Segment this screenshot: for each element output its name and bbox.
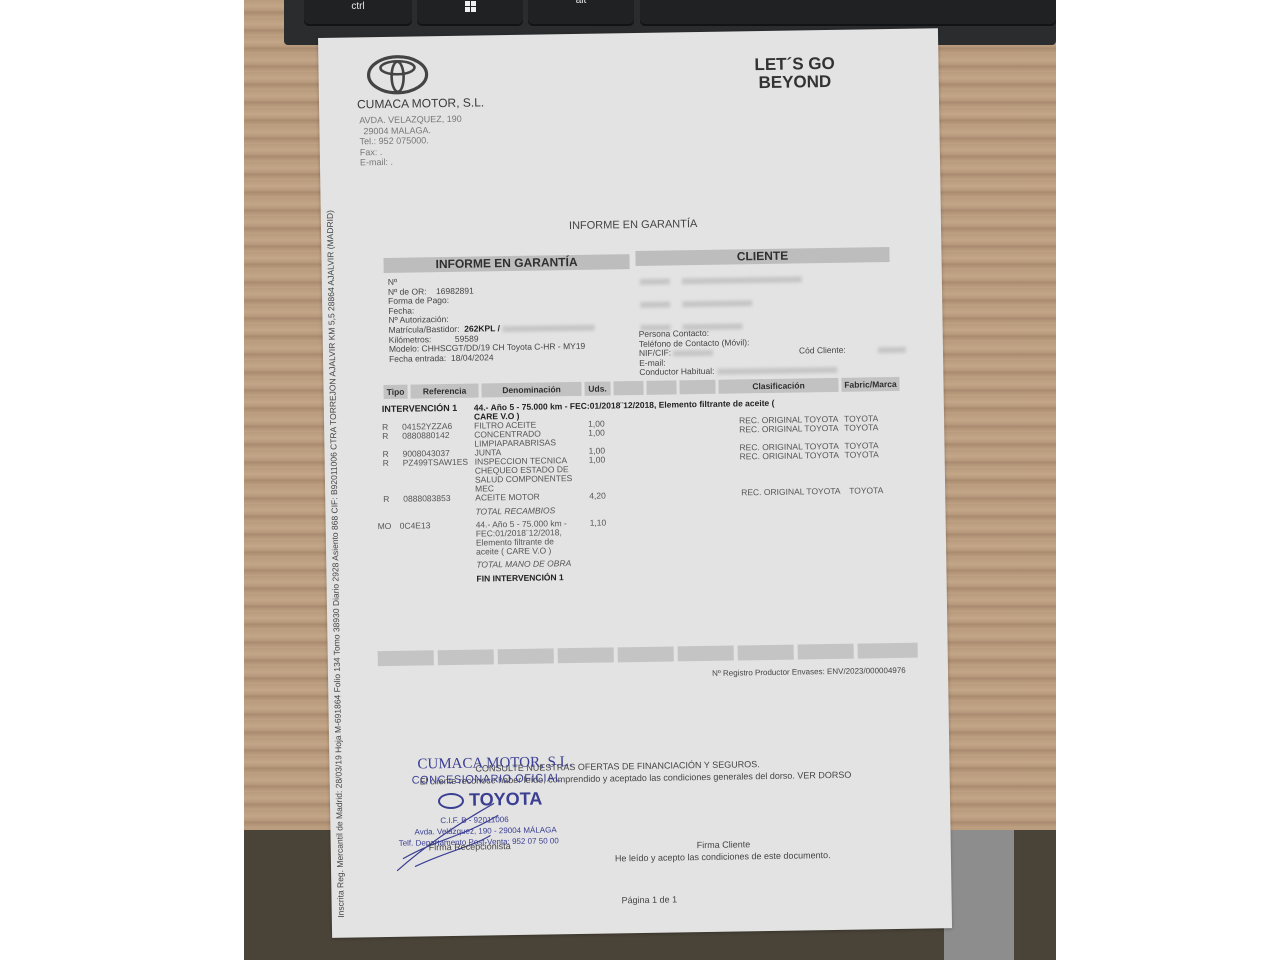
signature-scribble [394, 795, 505, 877]
col-blank-2 [646, 380, 676, 394]
col-referencia: Referencia [410, 384, 478, 399]
ctrl-key: ctrl [304, 0, 412, 24]
client-signature-label: Firma Cliente [697, 839, 751, 850]
spacebar-key [640, 0, 1056, 24]
warranty-report-document: CUMACA MOTOR, S.L. AVDA. VELAZQUEZ, 190 … [318, 28, 952, 938]
col-tipo: Tipo [383, 385, 407, 399]
col-clasificacion: Clasificación [718, 378, 838, 394]
company-name: CUMACA MOTOR, S.L. [357, 95, 484, 111]
fin-intervencion: FIN INTERVENCIÓN 1 [476, 573, 563, 583]
totals-bar [378, 650, 434, 666]
document-title: INFORME EN GARANTÍA [569, 218, 698, 232]
client-code: Cód Cliente: [799, 344, 906, 356]
registry-note: Nº Registro Productor Envases: ENV/2023/… [712, 666, 906, 678]
receptionist-signature-label: Firma Recepcionista [429, 841, 511, 852]
slogan: LET´S GO BEYOND [754, 55, 835, 92]
alt-key: alt [528, 0, 634, 24]
col-blank-1 [613, 381, 643, 395]
windows-key [417, 0, 523, 24]
field-usual-driver: Conductor Habitual: [639, 365, 837, 378]
col-denominacion: Denominación [481, 382, 581, 398]
client-acceptance: He leído y acepto las condiciones de est… [615, 850, 831, 863]
desk-leg [944, 830, 1014, 960]
toyota-logo-icon [366, 54, 429, 95]
total-recambios: TOTAL RECAMBIOS [475, 506, 555, 516]
section-heading-cliente: CLIENTE [635, 247, 889, 266]
col-uds: Uds. [584, 381, 610, 395]
col-marca: Fabric/Marca [841, 377, 899, 392]
col-blank-3 [679, 380, 715, 395]
page-number: Página 1 de 1 [622, 894, 678, 905]
redacted-client-code [878, 347, 906, 353]
redacted-driver [717, 367, 837, 375]
vehicle-fields: Nº Nº de OR: 16982891 Forma de Pago: Fec… [388, 275, 595, 365]
intervention-label: INTERVENCIÓN 1 [382, 404, 457, 414]
redacted-vin [502, 324, 594, 331]
windows-logo-icon [465, 1, 476, 12]
redacted-nif [673, 350, 713, 357]
company-address: AVDA. VELAZQUEZ, 190 29004 MALAGA. Tel.:… [359, 114, 462, 168]
section-heading-informe: INFORME EN GARANTÍA [383, 254, 629, 273]
total-mano-obra: TOTAL MANO DE OBRA [476, 559, 571, 569]
field-entry-date: Fecha entrada: 18/04/2024 [389, 351, 595, 364]
